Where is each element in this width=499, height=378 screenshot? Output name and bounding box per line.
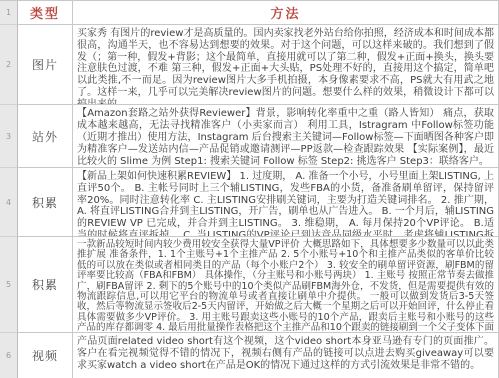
type-cell[interactable]: 积累: [18, 168, 73, 237]
data-row: 4 积累 【新品上架如何快速积累REVIEW】 1. 过度期， A. 准备一个小…: [0, 168, 499, 237]
data-row: 3 站外 【Amazon套路之站外获得Reviewer】背景，影响转化率重中之重…: [0, 105, 499, 168]
type-cell[interactable]: 视频: [18, 333, 73, 378]
data-row: 5 积累 一款新品较短时间内较少费用较安全获得大量VP评价 大概思路如下，具体想…: [0, 237, 499, 333]
row-number-cell[interactable]: 5: [0, 237, 18, 333]
col-header-type[interactable]: 类型: [18, 1, 73, 25]
row-number-cell[interactable]: 6: [0, 333, 18, 378]
method-cell[interactable]: 买家秀 有图片的review才是高质量的。国内卖家找老外站台给你拍照，经济成本和…: [73, 25, 499, 105]
type-cell[interactable]: 站外: [18, 105, 73, 168]
type-cell[interactable]: 图片: [18, 25, 73, 105]
header-row: 1 类型 方法: [0, 1, 499, 25]
method-cell[interactable]: 一款新品较短时间内较少费用较安全获得大量VP评价 大概思路如下，具体想要多少数量…: [73, 237, 499, 333]
method-cell[interactable]: 产品页面related video short有这个视频，这个video sho…: [73, 333, 499, 378]
method-cell[interactable]: 【新品上架如何快速积累REVIEW】 1. 过度期， A. 准备一个小号，小号里…: [73, 168, 499, 237]
row-number-cell[interactable]: 4: [0, 168, 18, 237]
review-methods-table: 1 类型 方法 2 图片 买家秀 有图片的review才是高质量的。国内卖家找老…: [0, 0, 499, 378]
row-number-cell[interactable]: 2: [0, 25, 18, 105]
type-cell[interactable]: 积累: [18, 237, 73, 333]
data-row: 2 图片 买家秀 有图片的review才是高质量的。国内卖家找老外站台给你拍照，…: [0, 25, 499, 105]
row-number-cell[interactable]: 3: [0, 105, 18, 168]
method-cell[interactable]: 【Amazon套路之站外获得Reviewer】背景，影响转化率重中之重（路人皆知…: [73, 105, 499, 168]
data-row: 6 视频 产品页面related video short有这个视频，这个vide…: [0, 333, 499, 378]
col-header-method[interactable]: 方法: [73, 1, 499, 25]
row-number-cell[interactable]: 1: [0, 1, 18, 25]
